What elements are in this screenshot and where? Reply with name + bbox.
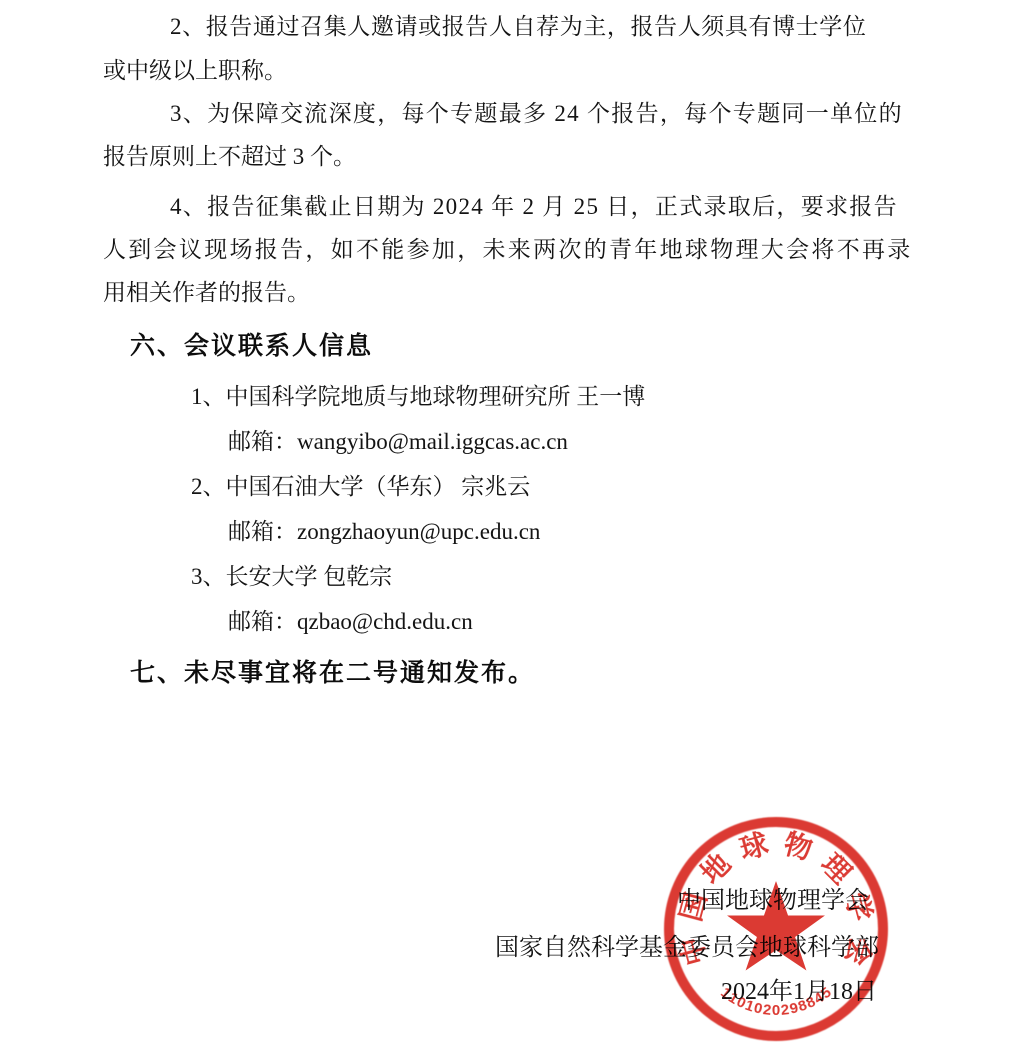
contact-2-email: 邮箱：zongzhaoyun@upc.edu.cn	[228, 517, 540, 547]
contact-3-org: 3、长安大学 包乾宗	[191, 562, 392, 592]
section6-heading: 六、会议联系人信息	[130, 331, 373, 361]
contact-1-org: 1、中国科学院地质与地球物理研究所 王一博	[191, 382, 645, 412]
document-page: 2、报告通过召集人邀请或报告人自荐为主，报告人须具有博士学位 或中级以上职称。 …	[0, 0, 1024, 1063]
signature-org-2: 国家自然科学基金委员会地球科学部	[495, 933, 879, 963]
seal-ring-char: 地	[692, 845, 737, 890]
paragraph-item2-line1: 2、报告通过召集人邀请或报告人自荐为主，报告人须具有博士学位	[170, 12, 867, 42]
paragraph-item3-line2: 报告原则上不超过 3 个。	[103, 142, 356, 172]
section7-heading: 七、未尽事宜将在二号通知发布。	[130, 658, 535, 688]
paragraph-item4-line2: 人到会议现场报告，如不能参加，未来两次的青年地球物理大会将不再录	[103, 235, 913, 265]
official-seal: 中 国 地 球 物 理 学 会 1 1 0 1 0 2 0 2 9 8 8 4 …	[664, 817, 888, 1041]
signature-org-1: 中国地球物理学会	[677, 886, 869, 916]
seal-ring-border	[664, 817, 888, 1041]
signature-date: 2024年1月18日	[721, 977, 877, 1007]
paragraph-item2-line2: 或中级以上职称。	[103, 56, 287, 86]
seal-ring-char: 球	[734, 825, 773, 864]
paragraph-item4-line3: 用相关作者的报告。	[103, 278, 310, 308]
contact-1-email: 邮箱：wangyibo@mail.iggcas.ac.cn	[228, 427, 568, 457]
seal-ring-char: 物	[779, 825, 818, 864]
contact-2-org: 2、中国石油大学（华东） 宗兆云	[191, 472, 530, 502]
paragraph-item3-line1: 3、为保障交流深度，每个专题最多 24 个报告，每个专题同一单位的	[170, 99, 903, 129]
seal-ring-char: 理	[815, 845, 860, 890]
paragraph-item4-line1: 4、报告征集截止日期为 2024 年 2 月 25 日，正式录取后，要求报告	[170, 192, 898, 222]
contact-3-email: 邮箱：qzbao@chd.edu.cn	[228, 607, 473, 637]
